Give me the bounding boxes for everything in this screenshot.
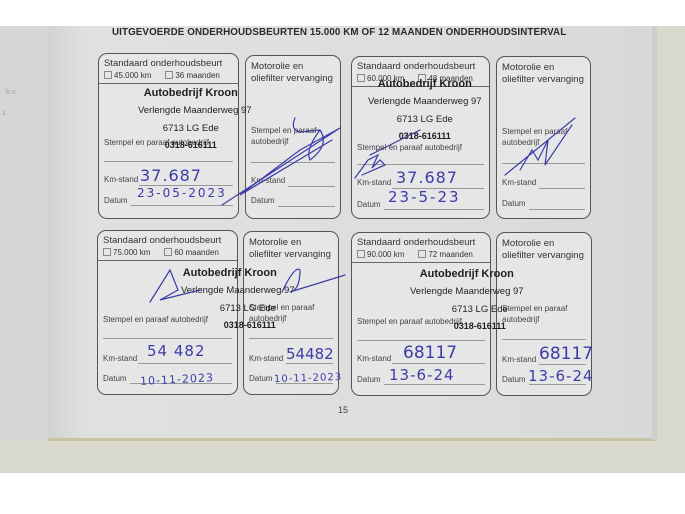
card-header: Standaard onderhoudsbeurt <box>352 233 490 249</box>
divider <box>98 260 237 261</box>
garage-stamp: Autobedrijf Kroon Verlengde Maanderweg 9… <box>165 264 295 332</box>
stamp-line <box>251 162 335 163</box>
handwritten-km: 54 482 <box>147 342 206 360</box>
handwritten-km: 54482 <box>286 345 334 363</box>
card-header: Standaard onderhoudsbeurt <box>352 57 489 73</box>
km-line <box>138 363 232 364</box>
date-label: Datum <box>249 374 273 383</box>
handwritten-date: 13-6-24 <box>389 366 455 384</box>
km-line <box>539 188 585 189</box>
stamp-line <box>103 338 232 339</box>
checkbox[interactable] <box>418 250 426 258</box>
page-right-edge <box>652 26 657 440</box>
handwritten-km: 68117 <box>403 343 457 363</box>
card-header-line2: oliefilter vervanging <box>497 74 590 86</box>
interval-row: 90.000 km 72 maanden <box>352 249 490 260</box>
card-header-line1: Motorolie en <box>244 232 338 249</box>
date-line <box>384 384 485 385</box>
month-interval: 60 maanden <box>164 247 218 258</box>
stamp-line <box>357 340 485 341</box>
km-label: Km-stand <box>249 354 283 363</box>
card-header-line1: Motorolie en <box>497 233 591 250</box>
card-header-line1: Motorolie en <box>497 57 590 74</box>
stamp-label-line2: autobedrijf <box>251 137 288 146</box>
km-interval: 90.000 km <box>357 249 404 260</box>
page-number: 15 <box>338 405 348 415</box>
km-label: Km-stand <box>251 176 285 185</box>
checkbox[interactable] <box>165 71 173 79</box>
km-line <box>286 363 333 364</box>
card-header-line2: oliefilter vervanging <box>246 73 340 85</box>
stamp-line <box>502 163 585 164</box>
date-line <box>384 209 484 210</box>
km-label: Km-stand <box>502 355 536 364</box>
month-interval: 72 maanden <box>418 249 472 260</box>
km-label: Km-stand <box>357 178 391 187</box>
date-label: Datum <box>502 199 526 208</box>
interval-row: 45.000 km 36 maanden <box>99 70 238 81</box>
checkbox[interactable] <box>103 248 111 256</box>
month-interval: 36 maanden <box>165 70 219 81</box>
date-label: Datum <box>104 196 128 205</box>
divider <box>352 262 490 263</box>
interval-row: 75.000 km 60 maanden <box>98 247 237 258</box>
km-label: Km-stand <box>357 354 391 363</box>
km-interval: 45.000 km <box>104 70 151 81</box>
garage-stamp: Autobedrijf Kroon Verlengde Maanderweg 9… <box>130 84 252 152</box>
stamp-line <box>357 164 484 165</box>
card-header: Standaard onderhoudsbeurt <box>98 231 237 247</box>
stamp-label-line1: Stempel en paraaf <box>251 126 316 135</box>
km-interval: 75.000 km <box>103 247 150 258</box>
checkbox[interactable] <box>164 248 172 256</box>
card-header-line2: oliefilter vervanging <box>244 249 338 261</box>
handwritten-km: 37.687 <box>396 168 458 187</box>
km-label: Km-stand <box>104 175 138 184</box>
left-page-fragment: b.v. <box>6 89 17 96</box>
date-label: Datum <box>357 375 381 384</box>
garage-stamp: Autobedrijf Kroon Verlengde Maanderweg 9… <box>368 75 482 143</box>
date-label: Datum <box>103 374 127 383</box>
page-edge <box>48 438 656 441</box>
km-label: Km-stand <box>502 178 536 187</box>
date-line <box>278 206 335 207</box>
left-page: b.v. 1. <box>0 26 49 440</box>
km-label: Km-stand <box>103 354 137 363</box>
stamp-line <box>104 161 233 162</box>
left-page-fragment: 1. <box>2 110 8 117</box>
oil-service-card: Motorolie en oliefilter vervanging Stemp… <box>245 55 341 219</box>
checkbox[interactable] <box>357 250 365 258</box>
card-header-line2: oliefilter vervanging <box>497 250 591 262</box>
oil-service-card: Motorolie en oliefilter vervanging Stemp… <box>496 56 591 219</box>
handwritten-km: 68117 <box>539 344 593 364</box>
date-label: Datum <box>357 200 381 209</box>
stamp-line <box>502 339 586 340</box>
handwritten-date: 23-5-23 <box>388 188 461 206</box>
stamp-label-line2: autobedrijf <box>502 138 539 147</box>
date-label: Datum <box>502 375 526 384</box>
handwritten-date: 13-6-24 <box>528 367 594 385</box>
handwritten-date: 23-05-2023 <box>137 186 227 200</box>
km-line <box>392 363 485 364</box>
km-line <box>539 364 586 365</box>
date-label: Datum <box>251 196 275 205</box>
checkbox[interactable] <box>357 74 365 82</box>
stamp-label-line1: Stempel en paraaf <box>502 127 567 136</box>
page-title: UITGEVOERDE ONDERHOUDSBEURTEN 15.000 KM … <box>112 27 566 38</box>
card-header-line1: Motorolie en <box>246 56 340 73</box>
handwritten-km: 37.687 <box>140 166 202 185</box>
km-line <box>288 186 335 187</box>
card-header: Standaard onderhoudsbeurt <box>99 54 238 70</box>
stamp-line <box>249 338 333 339</box>
garage-stamp: Autobedrijf Kroon Verlengde Maanderweg 9… <box>410 265 524 333</box>
date-line <box>131 205 233 206</box>
checkbox[interactable] <box>104 71 112 79</box>
stamp-label: Stempel en paraaf autobedrijf <box>357 143 462 152</box>
date-line <box>529 209 585 210</box>
